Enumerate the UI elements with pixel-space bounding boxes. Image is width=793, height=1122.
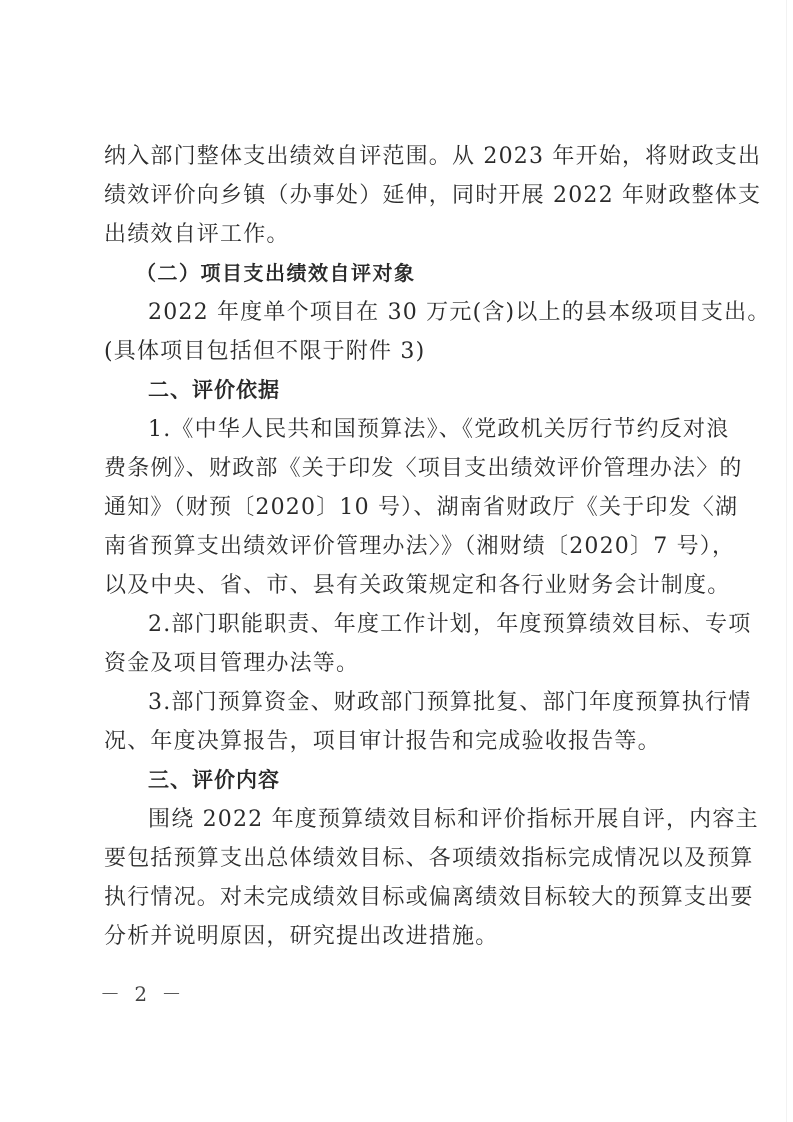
text-line: 况、年度决算报告，项目审计报告和完成验收报告等。 (104, 722, 700, 761)
text-line: 绩效评价向乡镇（办事处）延伸，同时开展 2022 年财政整体支 (104, 176, 700, 215)
text-line: 纳入部门整体支出绩效自评范围。从 2023 年开始，将财政支出 (104, 137, 700, 176)
text-line: 2022 年度单个项目在 30 万元(含)以上的县本级项目支出。 (104, 293, 700, 332)
document-page: 纳入部门整体支出绩效自评范围。从 2023 年开始，将财政支出 绩效评价向乡镇（… (0, 0, 793, 1122)
text-line: 3.部门预算资金、财政部门预算批复、部门年度预算执行情 (104, 683, 700, 722)
section-heading: 三、评价内容 (104, 761, 700, 800)
text-line: 1.《中华人民共和国预算法》、《党政机关厉行节约反对浪 (104, 410, 700, 449)
text-line: 费条例》、财政部《关于印发〈项目支出绩效评价管理办法〉的 (104, 449, 700, 488)
text-line: 出绩效自评工作。 (104, 215, 700, 254)
text-line: 2.部门职能职责、年度工作计划，年度预算绩效目标、专项 (104, 605, 700, 644)
section-heading: 二、评价依据 (104, 371, 700, 410)
text-line: 通知》（财预〔2020〕10 号）、湖南省财政厅《关于印发〈湖 (104, 488, 700, 527)
text-line: 资金及项目管理办法等。 (104, 644, 700, 683)
text-line: 分析并说明原因，研究提出改进措施。 (104, 917, 700, 956)
text-line: (具体项目包括但不限于附件 3) (104, 332, 700, 371)
page-number: － 2 － (100, 978, 185, 1007)
text-line: 要包括预算支出总体绩效目标、各项绩效指标完成情况以及预算 (104, 839, 700, 878)
document-body: 纳入部门整体支出绩效自评范围。从 2023 年开始，将财政支出 绩效评价向乡镇（… (104, 137, 700, 956)
text-line: 围绕 2022 年度预算绩效目标和评价指标开展自评，内容主 (104, 800, 700, 839)
section-subheading: （二）项目支出绩效自评对象 (104, 254, 700, 293)
text-line: 以及中央、省、市、县有关政策规定和各行业财务会计制度。 (104, 566, 700, 605)
text-line: 执行情况。对未完成绩效目标或偏离绩效目标较大的预算支出要 (104, 878, 700, 917)
scan-edge-shadow (786, 0, 787, 1122)
text-line: 南省预算支出绩效评价管理办法〉》（湘财绩〔2020〕7 号）， (104, 527, 700, 566)
